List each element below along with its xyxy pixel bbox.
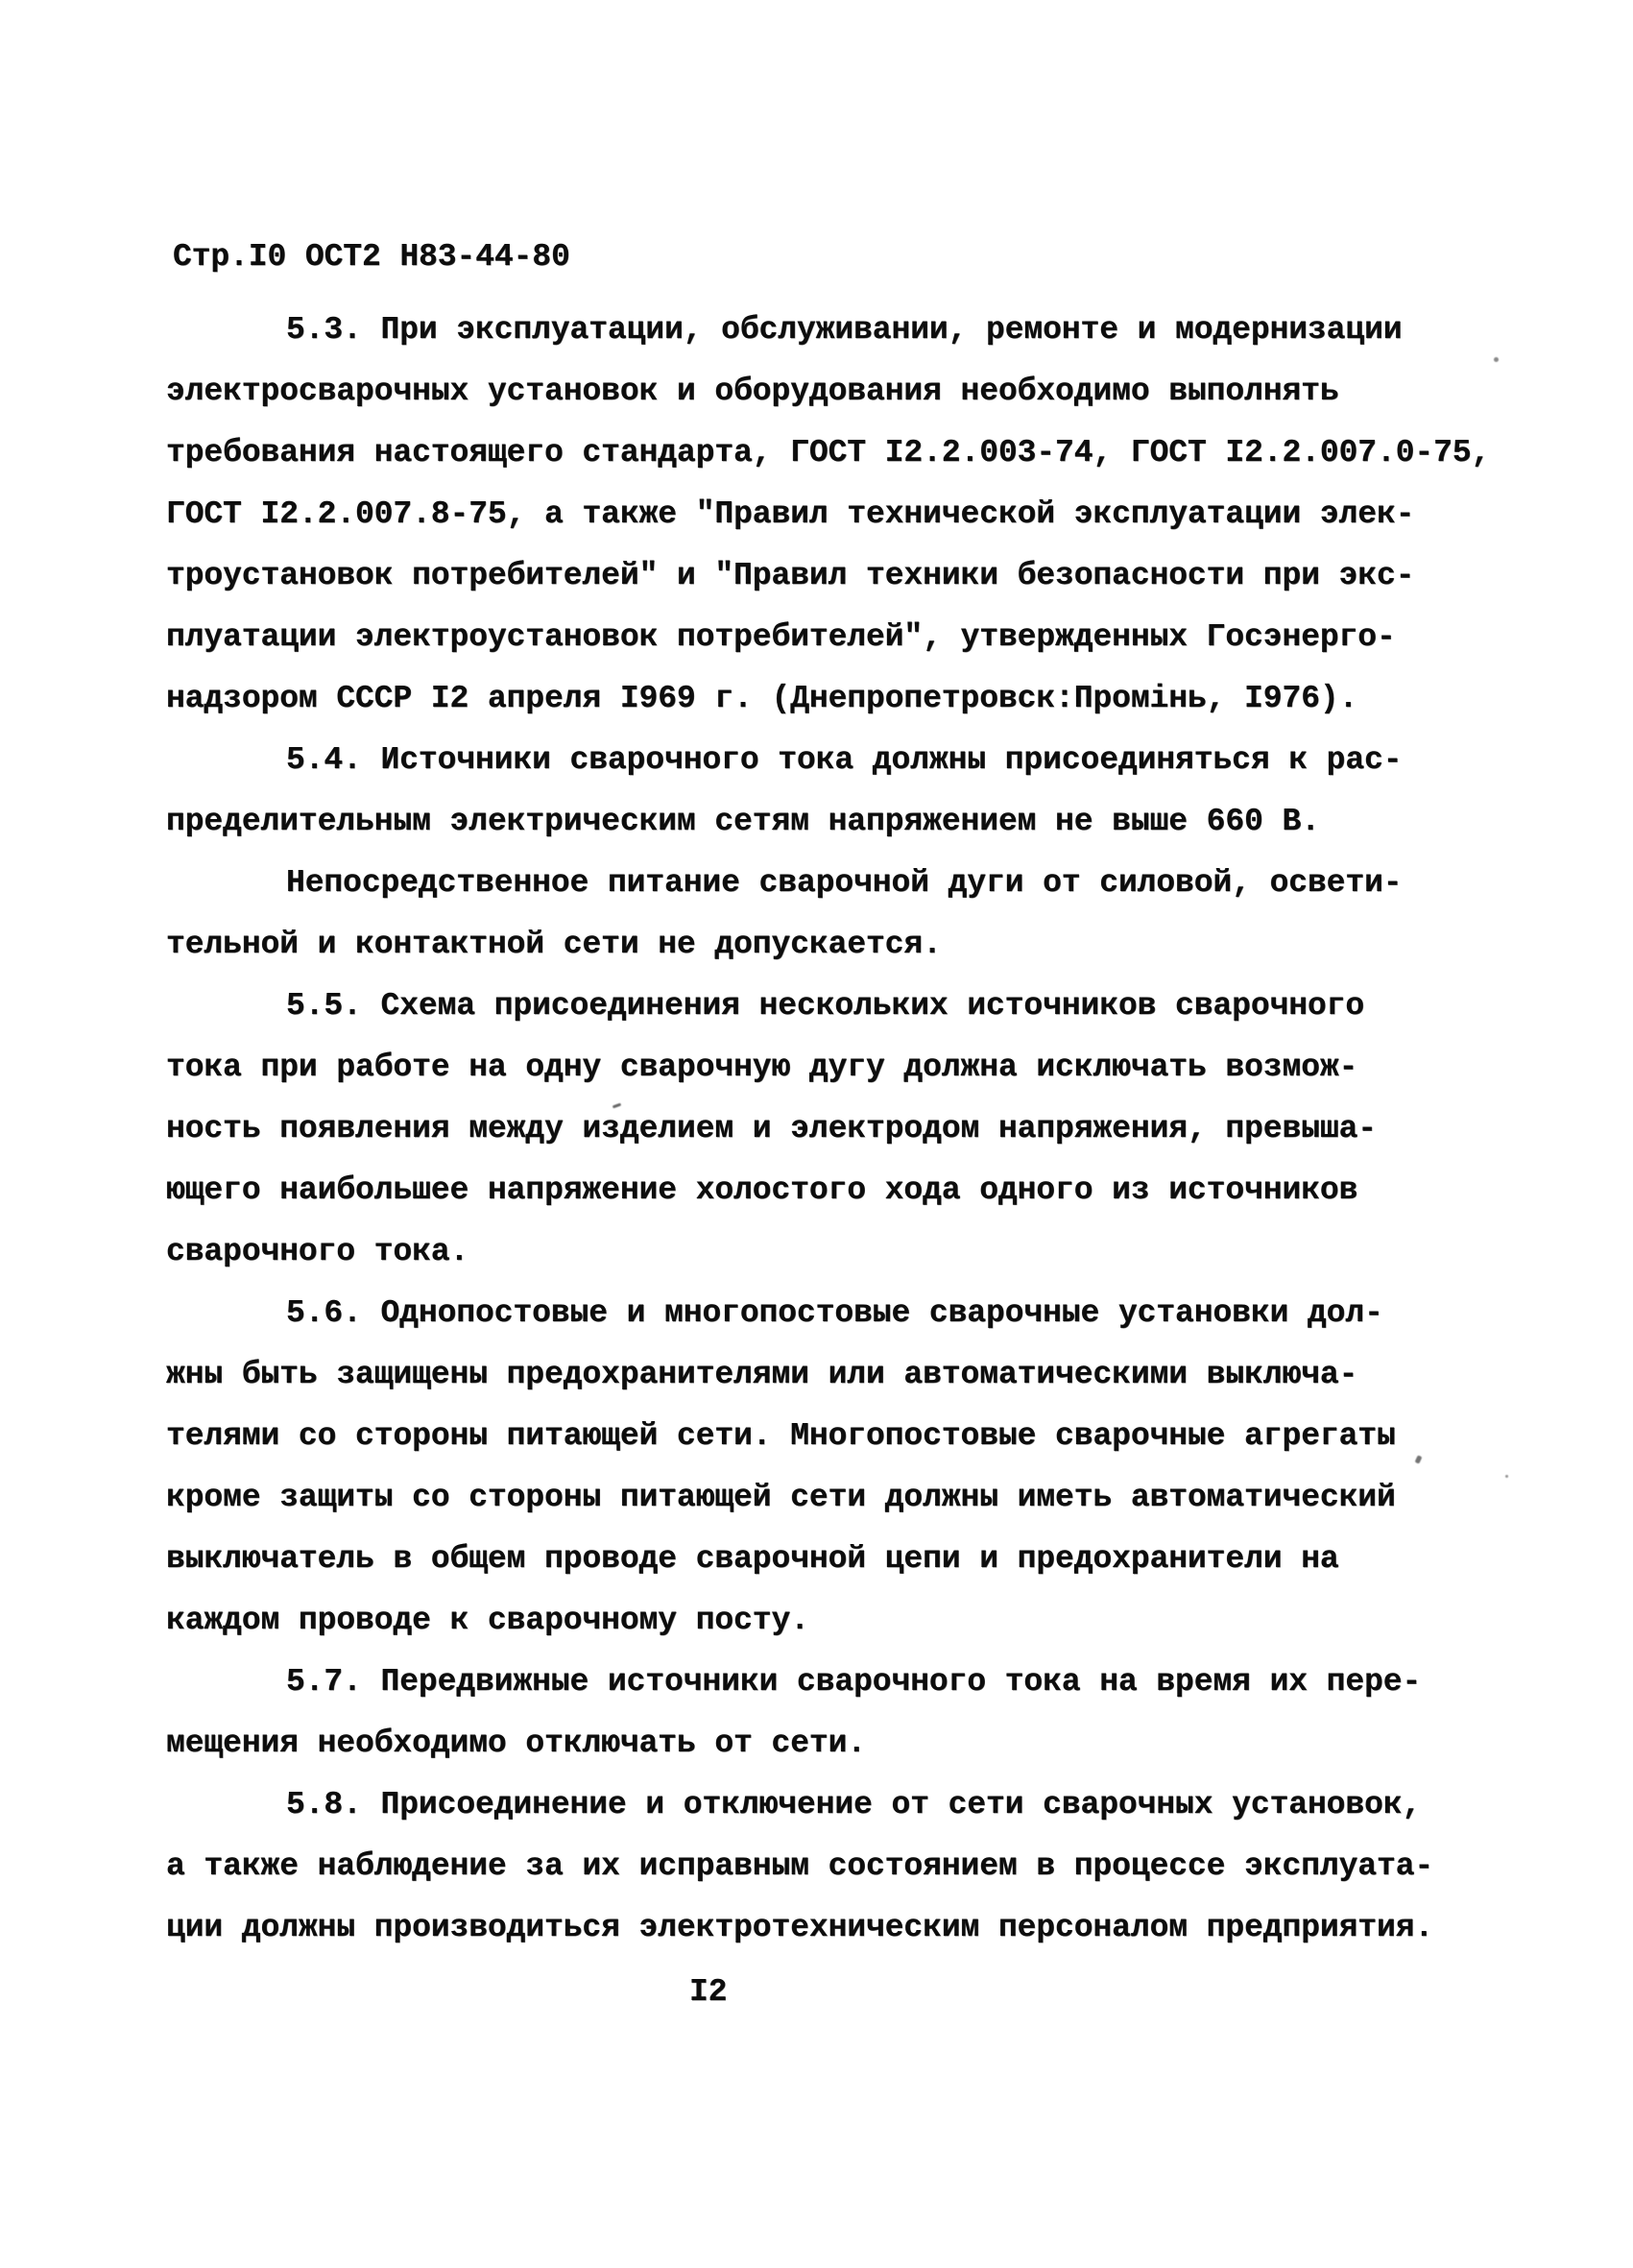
text-line: плуатации электроустановок потребителей"…	[166, 607, 1549, 668]
paragraph-5-6: 5.6. Однопостовые и многопостовые свароч…	[166, 1283, 1549, 1652]
paragraph-5-7: 5.7. Передвижные источники сварочного то…	[166, 1652, 1549, 1774]
text-line: 5.8. Присоединение и отключение от сети …	[166, 1774, 1549, 1836]
text-line: 5.6. Однопостовые и многопостовые свароч…	[166, 1283, 1549, 1344]
text-line: ГОСТ I2.2.007.8-75, а также "Правил техн…	[166, 484, 1549, 545]
paragraph-5-3: 5.3. При эксплуатации, обслуживании, рем…	[166, 300, 1549, 730]
text-line: 5.3. При эксплуатации, обслуживании, рем…	[166, 300, 1549, 361]
text-line: Непосредственное питание сварочной дуги …	[166, 853, 1549, 914]
scan-speck	[1494, 357, 1499, 362]
paragraph-5-8: 5.8. Присоединение и отключение от сети …	[166, 1774, 1549, 1959]
text-line: выключатель в общем проводе сварочной це…	[166, 1529, 1549, 1590]
text-line: 5.7. Передвижные источники сварочного то…	[166, 1652, 1549, 1713]
text-line: тока при работе на одну сварочную дугу д…	[166, 1037, 1549, 1098]
text-line: ность появления между изделием и электро…	[166, 1098, 1549, 1160]
text-line: ции должны производиться электротехничес…	[166, 1897, 1549, 1959]
text-line: надзором СССР I2 апреля I969 г. (Днепроп…	[166, 668, 1549, 730]
text-line: тельной и контактной сети не допускается…	[166, 914, 1549, 976]
text-line: 5.5. Схема присоединения нескольких исто…	[166, 976, 1549, 1037]
page-header: Стр.I0 ОСТ2 Н83-44-80	[173, 227, 570, 288]
text-line: электросварочных установок и оборудовани…	[166, 361, 1549, 422]
text-line: кроме защиты со стороны питающей сети до…	[166, 1467, 1549, 1529]
scan-speck	[1505, 1475, 1508, 1478]
paragraph-5-4: 5.4. Источники сварочного тока должны пр…	[166, 730, 1549, 853]
text-line: жны быть защищены предохранителями или а…	[166, 1344, 1549, 1406]
scanned-page: Стр.I0 ОСТ2 Н83-44-80 5.3. При эксплуата…	[0, 0, 1633, 2268]
text-line: телями со стороны питающей сети. Многопо…	[166, 1406, 1549, 1467]
page-number: I2	[689, 1962, 727, 2023]
text-line: 5.4. Источники сварочного тока должны пр…	[166, 730, 1549, 791]
document-body: 5.3. При эксплуатации, обслуживании, рем…	[166, 300, 1549, 1959]
text-line: каждом проводе к сварочному посту.	[166, 1590, 1549, 1652]
text-line: троустановок потребителей" и "Правил тех…	[166, 545, 1549, 607]
text-line: требования настоящего стандарта, ГОСТ I2…	[166, 422, 1549, 484]
text-line: мещения необходимо отключать от сети.	[166, 1713, 1549, 1774]
paragraph-5-5: 5.5. Схема присоединения нескольких исто…	[166, 976, 1549, 1283]
text-line: сварочного тока.	[166, 1221, 1549, 1283]
text-line: пределительным электрическим сетям напря…	[166, 791, 1549, 853]
paragraph-5-4-continuation: Непосредственное питание сварочной дуги …	[166, 853, 1549, 976]
text-line: ющего наибольшее напряжение холостого хо…	[166, 1160, 1549, 1221]
text-line: а также наблюдение за их исправным состо…	[166, 1836, 1549, 1897]
